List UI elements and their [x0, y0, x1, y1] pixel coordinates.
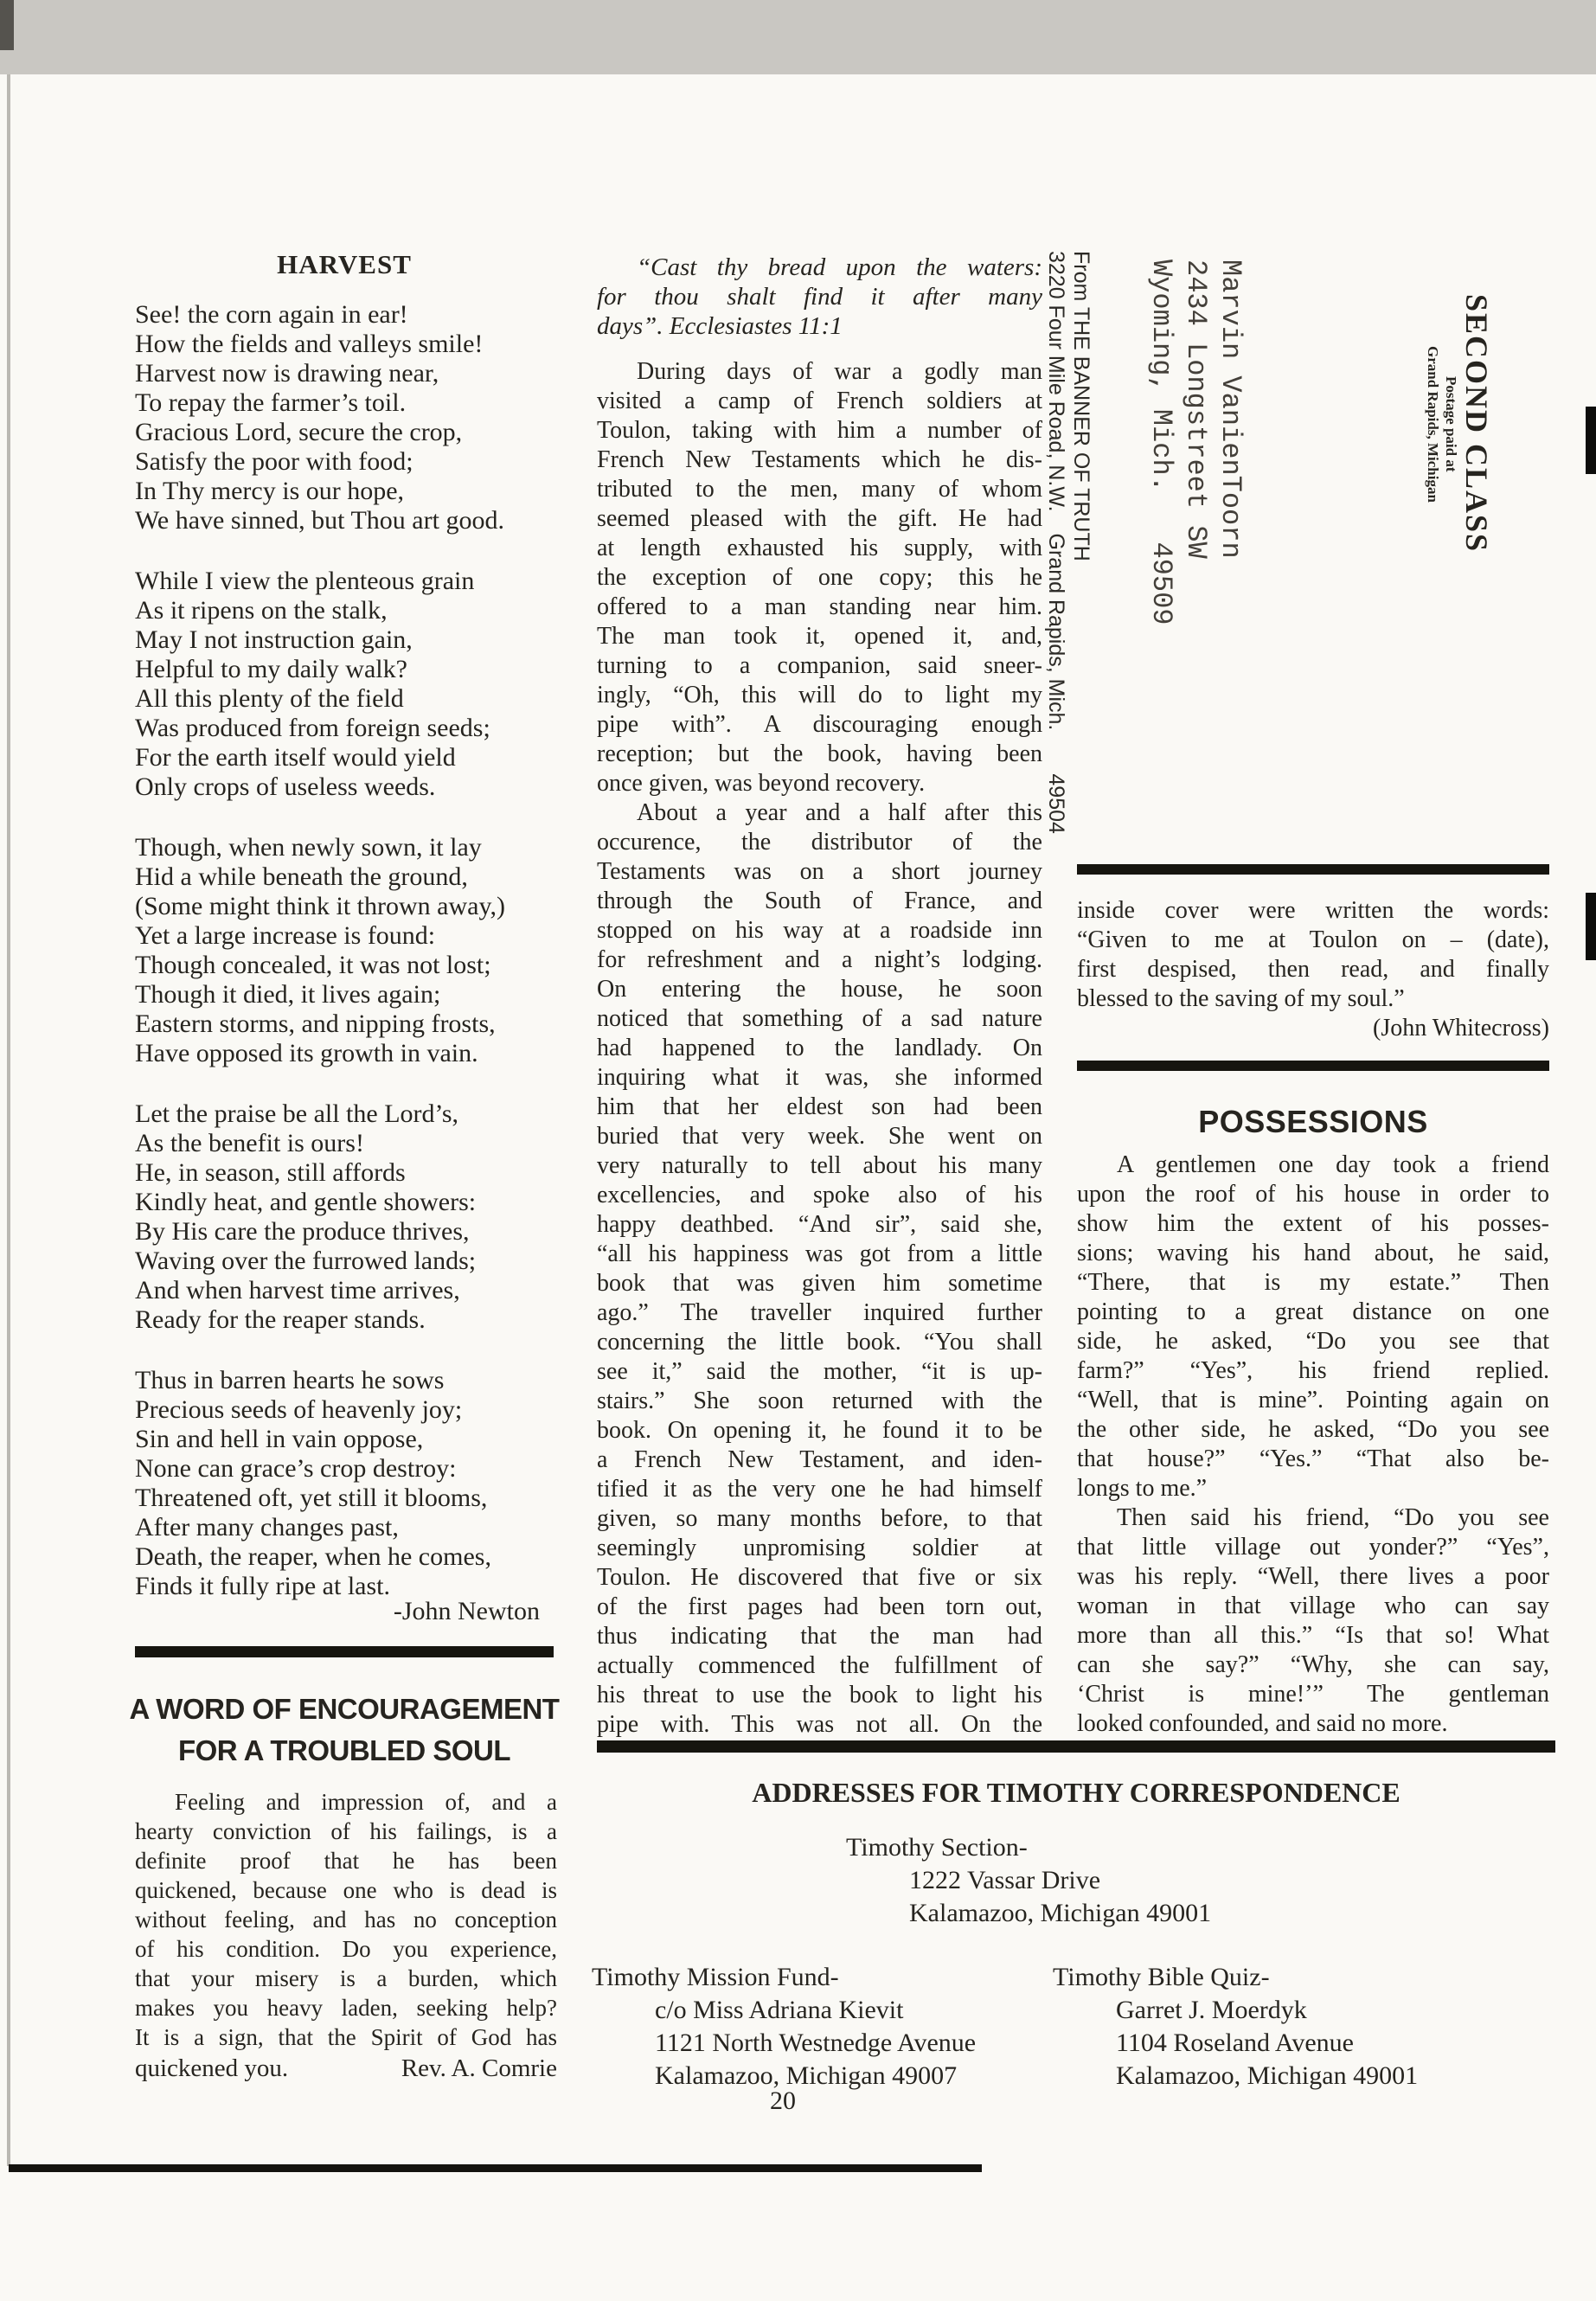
epigraph-line: days”. Ecclesiastes 11:1	[597, 311, 1042, 341]
text-line: French New Testaments which he dis-	[597, 445, 1042, 475]
text-line: makes you heavy laden, seeking help?	[135, 1993, 557, 2022]
text-line: About a year and a half after this	[597, 798, 1042, 828]
article-heading-encouragement: A WORD OF ENCOURAGEMENT FOR A TROUBLED S…	[126, 1689, 562, 1772]
poem-line: Sin and hell in vain oppose,	[135, 1425, 554, 1454]
text-line: very naturally to tell about his many	[597, 1151, 1042, 1181]
poem-line: All this plenty of the field	[135, 684, 554, 714]
poem-line: Yet a large increase is found:	[135, 921, 554, 951]
text-line: Testaments was on a short journey	[597, 857, 1042, 887]
text-line: pipe with”. A discouraging enough	[597, 710, 1042, 740]
page-left-edge	[7, 74, 10, 2166]
return-address-line: 3220 Four Mile Road, N.W. Grand Rapids, …	[1043, 251, 1068, 834]
stamp-class: SECOND CLASS	[1460, 285, 1493, 562]
divider-bar	[1077, 864, 1549, 875]
poem-line: Though concealed, it was not lost;	[135, 951, 554, 980]
text-line: reception; but the book, having been	[597, 740, 1042, 769]
poem-line: May I not instruction gain,	[135, 625, 554, 655]
poem-line: Ready for the reaper stands.	[135, 1305, 554, 1335]
bible-quiz-street: 1104 Roseland Avenue	[1116, 2028, 1354, 2059]
text-line: a French New Testament, and iden-	[597, 1445, 1042, 1475]
text-line: inside cover were written the words:	[1077, 896, 1549, 926]
poem-line: As it ripens on the stalk,	[135, 596, 554, 625]
text-line: ingly, “Oh, this will do to light my	[597, 681, 1042, 710]
poem-line: He, in season, still affords	[135, 1158, 554, 1188]
poem-line: Have opposed its growth in vain.	[135, 1039, 554, 1068]
text-line: farm?” “Yes”, his friend replied.	[1077, 1356, 1549, 1386]
heading-line: A WORD OF ENCOURAGEMENT	[126, 1689, 562, 1730]
text-line: of the first pages had been torn out,	[597, 1593, 1042, 1622]
text-line: “Well, that is mine”. Pointing again on	[1077, 1386, 1549, 1415]
timothy-section-city: Kalamazoo, Michigan 49001	[909, 1898, 1211, 1929]
mailing-address-line: Wyoming, Mich. 49509	[1144, 260, 1178, 625]
return-address-line: From THE BANNER OF TRUTH	[1068, 251, 1093, 834]
poem-line: Was produced from foreign seeds;	[135, 714, 554, 743]
text-line: Then said his friend, “Do you see	[1077, 1503, 1549, 1533]
poem-line: How the fields and valleys smile!	[135, 330, 554, 359]
text-line: “Given to me at Toulon on – (date),	[1077, 926, 1549, 955]
poem-harvest: See! the corn again in ear!How the field…	[135, 300, 554, 1601]
text-line: The man took it, opened it, and,	[597, 622, 1042, 651]
text-line: that little village out yonder?” “Yes”,	[1077, 1533, 1549, 1562]
text-line: that house?” “Yes.” “That also be-	[1077, 1445, 1549, 1474]
text-line: pointing to a great distance on one	[1077, 1298, 1549, 1327]
text-line: offered to a man standing near him.	[597, 593, 1042, 622]
text-line: upon the roof of his house in order to	[1077, 1180, 1549, 1209]
text-line: ‘Christ is mine!’” The gentleman	[1077, 1680, 1549, 1709]
poem-line: By His care the produce thrives,	[135, 1217, 554, 1247]
poem-line: Eastern storms, and nipping frosts,	[135, 1009, 554, 1039]
page-number: 20	[770, 2086, 796, 2116]
epigraph-line: “Cast thy bread upon the waters:	[597, 253, 1042, 282]
poem-line: After many changes past,	[135, 1513, 554, 1542]
text-line: Toulon. He discovered that five or six	[597, 1563, 1042, 1593]
mailing-address-line: Marvin VanienToorn	[1213, 260, 1247, 625]
text-line: him that her eldest son had been	[597, 1093, 1042, 1122]
attribution-text: quickened you.	[135, 2054, 288, 2083]
poem-line: Precious seeds of heavenly joy;	[135, 1395, 554, 1425]
return-address-rotated: From THE BANNER OF TRUTH3220 Four Mile R…	[1043, 251, 1144, 834]
timothy-section-street: 1222 Vassar Drive	[909, 1865, 1100, 1896]
text-line: blessed to the saving of my soul.”	[1077, 984, 1549, 1014]
text-line: inquiring what it was, she informed	[597, 1063, 1042, 1093]
bible-quiz-city: Kalamazoo, Michigan 49001	[1116, 2061, 1418, 2092]
poem-line: Though, when newly sown, it lay	[135, 833, 554, 862]
text-line: looked confounded, and said no more.	[1077, 1709, 1549, 1739]
text-line: was his reply. “Well, there lives a poor	[1077, 1562, 1549, 1592]
text-line: “There, that is my estate.” Then	[1077, 1268, 1549, 1298]
text-line: given, so many months before, to that	[597, 1504, 1042, 1534]
divider-bar	[135, 1646, 554, 1657]
poem-line: To repay the farmer’s toil.	[135, 388, 554, 418]
mission-fund-name: c/o Miss Adriana Kievit	[655, 1995, 903, 2026]
text-line: stairs.” She soon returned with the	[597, 1387, 1042, 1416]
poem-author: -John Newton	[135, 1597, 540, 1626]
whitecross-note: inside cover were written the words:“Giv…	[1077, 896, 1549, 1043]
timothy-section-label: Timothy Section-	[846, 1832, 1028, 1863]
binding-mark	[1586, 407, 1596, 474]
text-line: It is a sign, that the Spirit of God has	[135, 2022, 557, 2052]
text-line: tified it as the very one he had himself	[597, 1475, 1042, 1504]
text-line: definite proof that he has been	[135, 1846, 557, 1875]
binding-mark	[1586, 893, 1596, 960]
page-bottom-edge	[9, 2164, 982, 2172]
poem-line: And when harvest time arrives,	[135, 1276, 554, 1305]
text-line: see it,” said the mother, “it is up-	[597, 1357, 1042, 1387]
bible-quiz-name: Garret J. Moerdyk	[1116, 1995, 1307, 2026]
text-line: sions; waving his hand about, he said,	[1077, 1239, 1549, 1268]
stamp-postage: Postage paid at	[1442, 285, 1460, 562]
poem-line: We have sinned, but Thou art good.	[135, 506, 554, 535]
text-line: Feeling and impression of, and a	[135, 1787, 557, 1817]
text-line: at length exhausted his supply, with	[597, 534, 1042, 563]
poem-line: Thus in barren hearts he sows	[135, 1366, 554, 1395]
text-line: “all his happiness was got from a little	[597, 1240, 1042, 1269]
text-line: excellencies, and spoke also of his	[597, 1181, 1042, 1210]
text-line: without feeling, and has no conception	[135, 1905, 557, 1934]
text-line: On entering the house, he soon	[597, 975, 1042, 1004]
text-line: can she say?” “Why, she can say,	[1077, 1650, 1549, 1680]
text-line: happy deathbed. “And sir”, said she,	[597, 1210, 1042, 1240]
text-line: visited a camp of French soldiers at	[597, 387, 1042, 416]
poem-line: In Thy mercy is our hope,	[135, 477, 554, 506]
poem-line: None can grace’s crop destroy:	[135, 1454, 554, 1484]
scripture-epigraph: “Cast thy bread upon the waters:for thou…	[597, 253, 1042, 341]
epigraph-line: for thou shalt find it after many	[597, 282, 1042, 311]
text-line: tributed to the men, many of whom	[597, 475, 1042, 504]
text-line: concerning the little book. “You shall	[597, 1328, 1042, 1357]
text-line: the exception of one copy; this he	[597, 563, 1042, 593]
text-line: longs to me.”	[1077, 1474, 1549, 1503]
mission-fund-label: Timothy Mission Fund-	[592, 1962, 839, 1993]
poem-line: Threatened oft, yet still it blooms,	[135, 1484, 554, 1513]
text-line: his threat to use the book to light his	[597, 1681, 1042, 1710]
poem-line: Death, the reaper, when he comes,	[135, 1542, 554, 1572]
mailing-address-line: 2434 Longstreet SW	[1178, 260, 1213, 625]
text-line: book that was given him sometime	[597, 1269, 1042, 1298]
text-line: ago.” The traveller inquired further	[597, 1298, 1042, 1328]
text-line: pipe with. This was not all. On the	[597, 1710, 1042, 1740]
text-line: noticed that something of a sad nature	[597, 1004, 1042, 1034]
text-line: more than all this.” “Is that so! What	[1077, 1621, 1549, 1650]
text-line: the other side, he asked, “Do you see	[1077, 1415, 1549, 1445]
attribution-author: Rev. A. Comrie	[401, 2054, 557, 2083]
bible-quiz-label: Timothy Bible Quiz-	[1053, 1962, 1270, 1993]
heading-line: FOR A TROUBLED SOUL	[126, 1730, 562, 1772]
poem-line: Harvest now is drawing near,	[135, 359, 554, 388]
poem-line: Hid a while beneath the ground,	[135, 862, 554, 892]
text-line: buried that very week. She went on	[597, 1122, 1042, 1151]
text-line: A gentlemen one day took a friend	[1077, 1150, 1549, 1180]
text-line: first despised, then read, and finally	[1077, 955, 1549, 984]
stamp-city: Grand Rapids, Michigan	[1424, 285, 1442, 562]
text-line: actually commenced the fulfillment of	[597, 1651, 1042, 1681]
story-column: During days of war a godly manvisited a …	[597, 357, 1042, 1740]
divider-bar	[1077, 1061, 1549, 1071]
text-line: seemed pleased with the gift. He had	[597, 504, 1042, 534]
text-line: show him the extent of his posses-	[1077, 1209, 1549, 1239]
text-line: stopped on his way at a roadside inn	[597, 916, 1042, 945]
poem-line: Only crops of useless weeds.	[135, 772, 554, 802]
poem-line: Waving over the furrowed lands;	[135, 1247, 554, 1276]
divider-bar	[597, 1740, 1555, 1753]
text-line: had happened to the landlady. On	[597, 1034, 1042, 1063]
text-line: through the South of France, and	[597, 887, 1042, 916]
text-line: for refreshment and a night’s lodging.	[597, 945, 1042, 975]
second-class-stamp: SECOND CLASS Postage paid at Grand Rapid…	[1424, 285, 1493, 562]
poem-line: While I view the plenteous grain	[135, 567, 554, 596]
mailing-address-rotated: Marvin VanienToorn2434 Longstreet SWWyom…	[1144, 260, 1317, 625]
text-line: side, he asked, “Do you see that	[1077, 1327, 1549, 1356]
poem-line: Satisfy the poor with food;	[135, 447, 554, 477]
poem-line: See! the corn again in ear!	[135, 300, 554, 330]
text-line: (John Whitecross)	[1077, 1014, 1549, 1043]
poem-title: HARVEST	[135, 249, 554, 280]
text-line: Toulon, taking with him a number of	[597, 416, 1042, 445]
scan-corner-artifact	[0, 0, 14, 50]
text-line: woman in that village who can say	[1077, 1592, 1549, 1621]
poem-line: Kindly heat, and gentle showers:	[135, 1188, 554, 1217]
poem-line: Though it died, it lives again;	[135, 980, 554, 1009]
text-line: seemingly unpromising soldier at	[597, 1534, 1042, 1563]
possessions-column: A gentlemen one day took a friendupon th…	[1077, 1150, 1549, 1739]
scan-top-band	[0, 0, 1596, 74]
text-line: turning to a companion, said sneer-	[597, 651, 1042, 681]
text-line: thus indicating that the man had	[597, 1622, 1042, 1651]
text-line: that your misery is a burden, which	[135, 1964, 557, 1993]
mission-fund-street: 1121 North Westnedge Avenue	[655, 2028, 976, 2059]
text-line: of his condition. Do you experience,	[135, 1934, 557, 1964]
addresses-heading: ADDRESSES FOR TIMOTHY CORRESPONDENCE	[597, 1777, 1555, 1809]
poem-line: Let the praise be all the Lord’s,	[135, 1099, 554, 1129]
poem-line: (Some might think it thrown away,)	[135, 892, 554, 921]
article-heading-possessions: POSSESSIONS	[1077, 1104, 1549, 1140]
text-line: quickened, because one who is dead is	[135, 1875, 557, 1905]
text-line: once given, was beyond recovery.	[597, 769, 1042, 798]
mission-fund-city: Kalamazoo, Michigan 49007	[655, 2061, 957, 2092]
text-line: hearty conviction of his failings, is a	[135, 1817, 557, 1846]
poem-line: As the benefit is ours!	[135, 1129, 554, 1158]
text-line: book. On opening it, he found it to be	[597, 1416, 1042, 1445]
poem-line: Helpful to my daily walk?	[135, 655, 554, 684]
attribution-line: quickened you. Rev. A. Comrie	[135, 2054, 557, 2083]
text-line: occurence, the distributor of the	[597, 828, 1042, 857]
encouragement-paragraph: Feeling and impression of, and ahearty c…	[135, 1787, 557, 2052]
poem-line: For the earth itself would yield	[135, 743, 554, 772]
text-line: During days of war a godly man	[597, 357, 1042, 387]
poem-line: Gracious Lord, secure the crop,	[135, 418, 554, 447]
